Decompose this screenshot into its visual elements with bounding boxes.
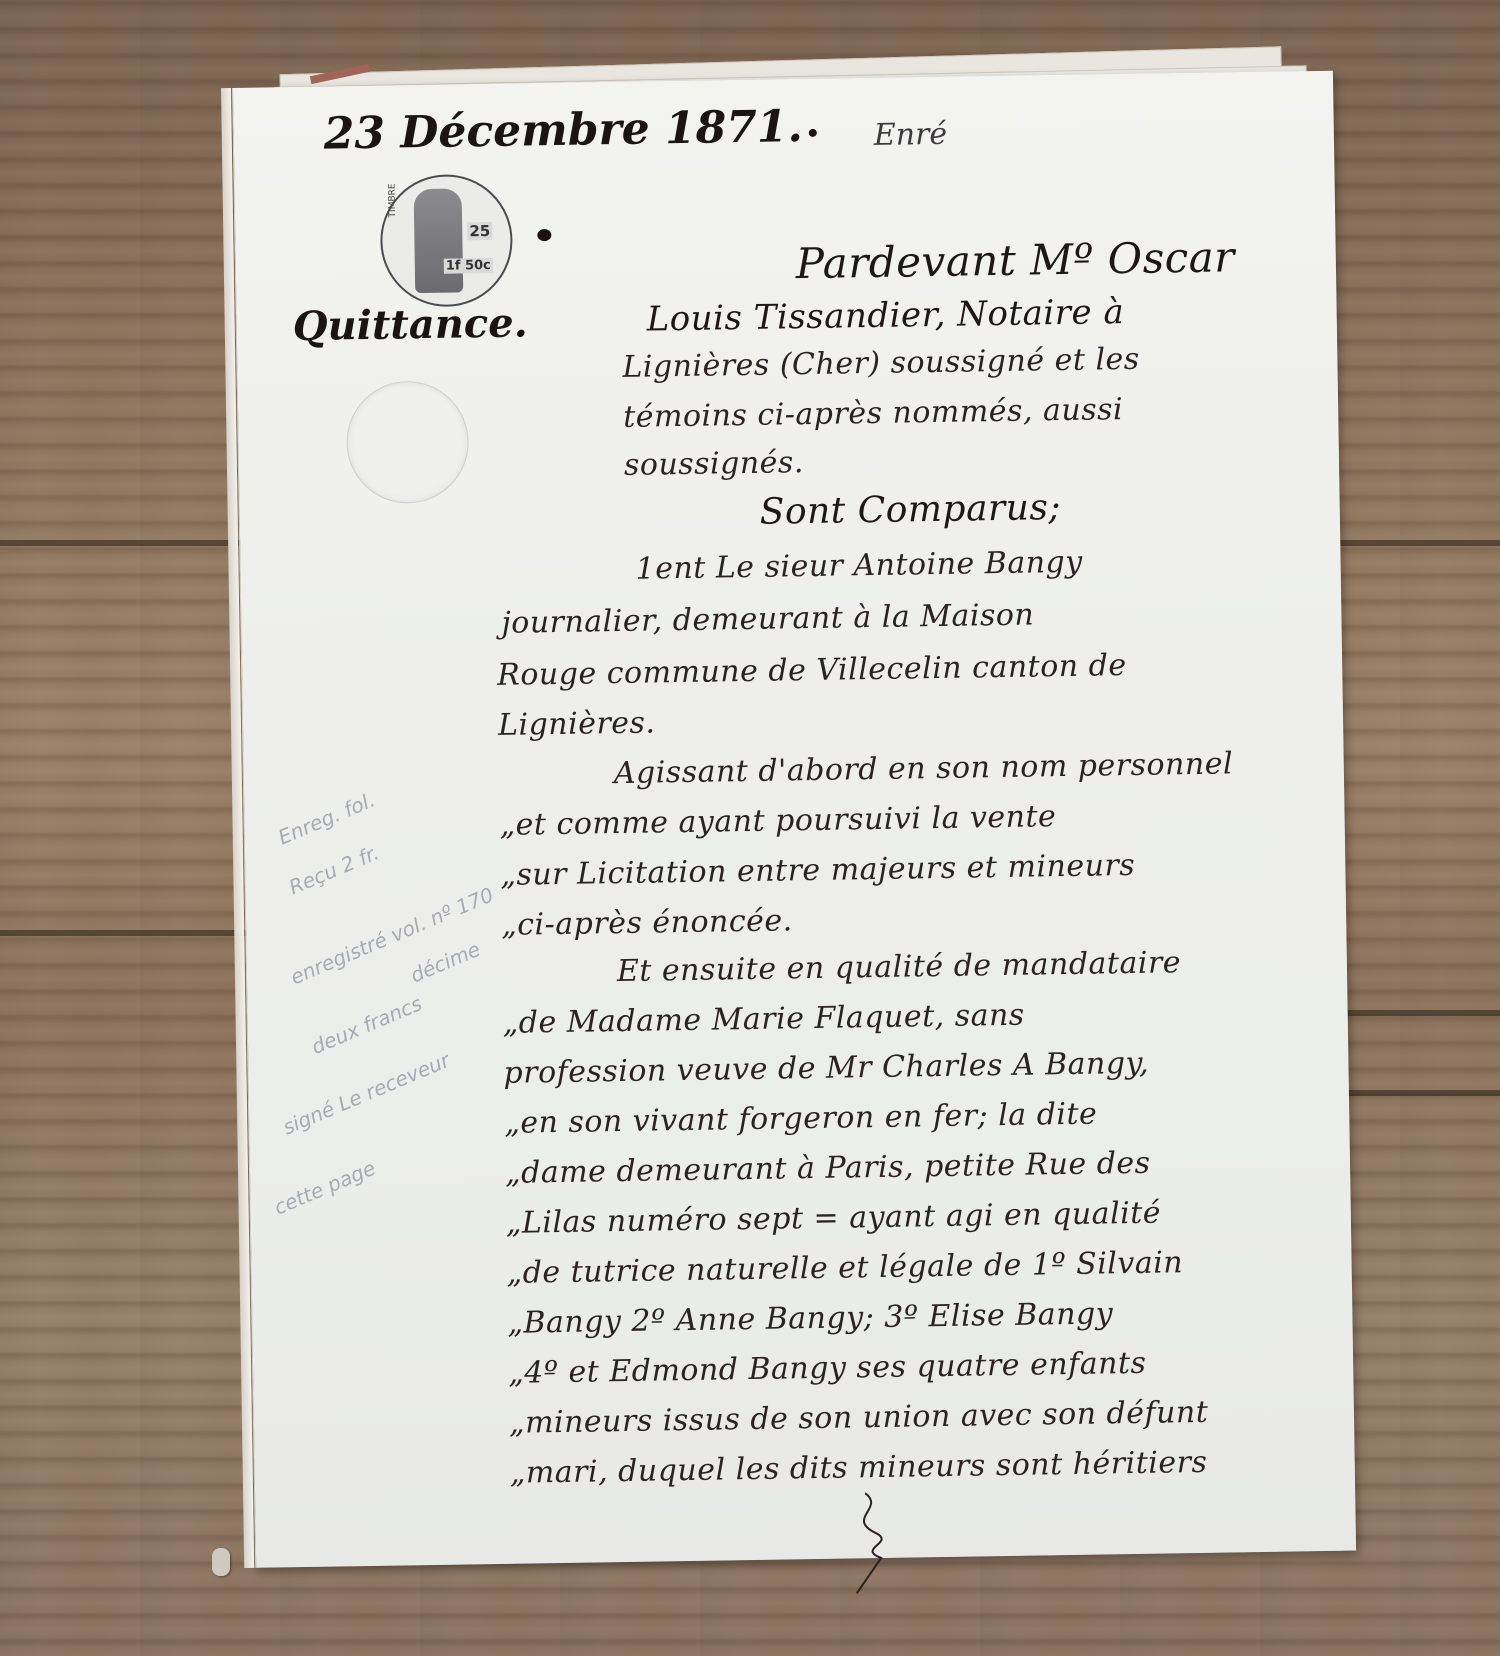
text-line: „en son vivant forgeron en fer; la dite: [504, 1097, 1098, 1141]
opening-heading: Pardevant Mº Oscar: [795, 232, 1235, 288]
text-line: Et ensuite en qualité de mandataire: [617, 945, 1182, 989]
margin-title: Quittance.: [292, 299, 528, 350]
pen-flourish-icon: [835, 1487, 917, 1598]
section-heading: Sont Comparus;: [759, 487, 1061, 533]
page-edge: [221, 88, 254, 1568]
text-line: „Lilas numéro sept = ayant agi en qualit…: [506, 1196, 1162, 1241]
ink-dot: [809, 129, 817, 137]
header-date: 23 Décembre 1871.: [323, 101, 803, 160]
text-line: soussignés.: [624, 445, 804, 483]
text-line: „Bangy 2º Anne Bangy; 3º Elise Bangy: [507, 1296, 1113, 1341]
text-line: Louis Tissandier, Notaire à: [646, 292, 1124, 339]
pencil-note: signé Le receveur: [279, 1048, 453, 1140]
pencil-note: décime: [407, 937, 484, 988]
stamp-value-bottom: 1f 50c: [444, 258, 493, 274]
fiscal-stamp: TIMBRE 25 1f 50c: [379, 174, 513, 308]
text-line: témoins ci-après nommés, aussi: [623, 392, 1123, 435]
text-line: „ci-après énoncée.: [501, 903, 793, 943]
text-line: 1ent Le sieur Antoine Bangy: [635, 545, 1083, 587]
text-line: „de tutrice naturelle et légale de 1º Si…: [506, 1245, 1183, 1291]
text-line: Lignières.: [498, 705, 656, 742]
stamp-label: TIMBRE: [388, 183, 399, 217]
tack-icon: [212, 1548, 230, 1576]
pencil-note: cette page: [270, 1156, 378, 1220]
registration-annotation: Enré: [874, 117, 948, 153]
pencil-note: Reçu 2 fr.: [285, 840, 382, 899]
pencil-note: deux francs: [308, 991, 426, 1059]
text-line: „dame demeurant à Paris, petite Rue des: [505, 1146, 1151, 1191]
text-line: profession veuve de Mr Charles A Bangy,: [503, 1046, 1149, 1091]
text-line: „de Madame Marie Flaquet, sans: [502, 998, 1024, 1041]
text-line: „4º et Edmond Bangy ses quatre enfants: [508, 1346, 1147, 1391]
wood-plank-gap: [1330, 1010, 1500, 1016]
justice-figure-icon: [414, 188, 464, 293]
text-line: Lignières (Cher) soussigné et les: [622, 342, 1140, 385]
wood-plank-gap: [0, 930, 260, 936]
text-line: „mari, duquel les dits mineurs sont héri…: [510, 1445, 1208, 1491]
text-line: „sur Licitation entre majeurs et mineurs: [500, 848, 1135, 893]
ink-blot: [537, 229, 551, 241]
embossed-seal: [346, 380, 470, 504]
pencil-note: enregistré vol. nº 170: [287, 882, 497, 989]
text-line: Agissant d'abord en son nom personnel: [614, 746, 1234, 791]
text-line: journalier, demeurant à la Maison: [501, 597, 1034, 640]
stamp-value-top: 25: [467, 222, 492, 240]
pencil-note: Enreg. fol.: [275, 788, 379, 850]
text-line: Rouge commune de Villecelin canton de: [497, 648, 1127, 693]
document-page: 23 Décembre 1871. Enré TIMBRE 25 1f 50c …: [232, 71, 1356, 1568]
text-line: „mineurs issus de son union avec son déf…: [509, 1395, 1209, 1441]
text-line: „et comme ayant poursuivi la vente: [499, 799, 1056, 843]
